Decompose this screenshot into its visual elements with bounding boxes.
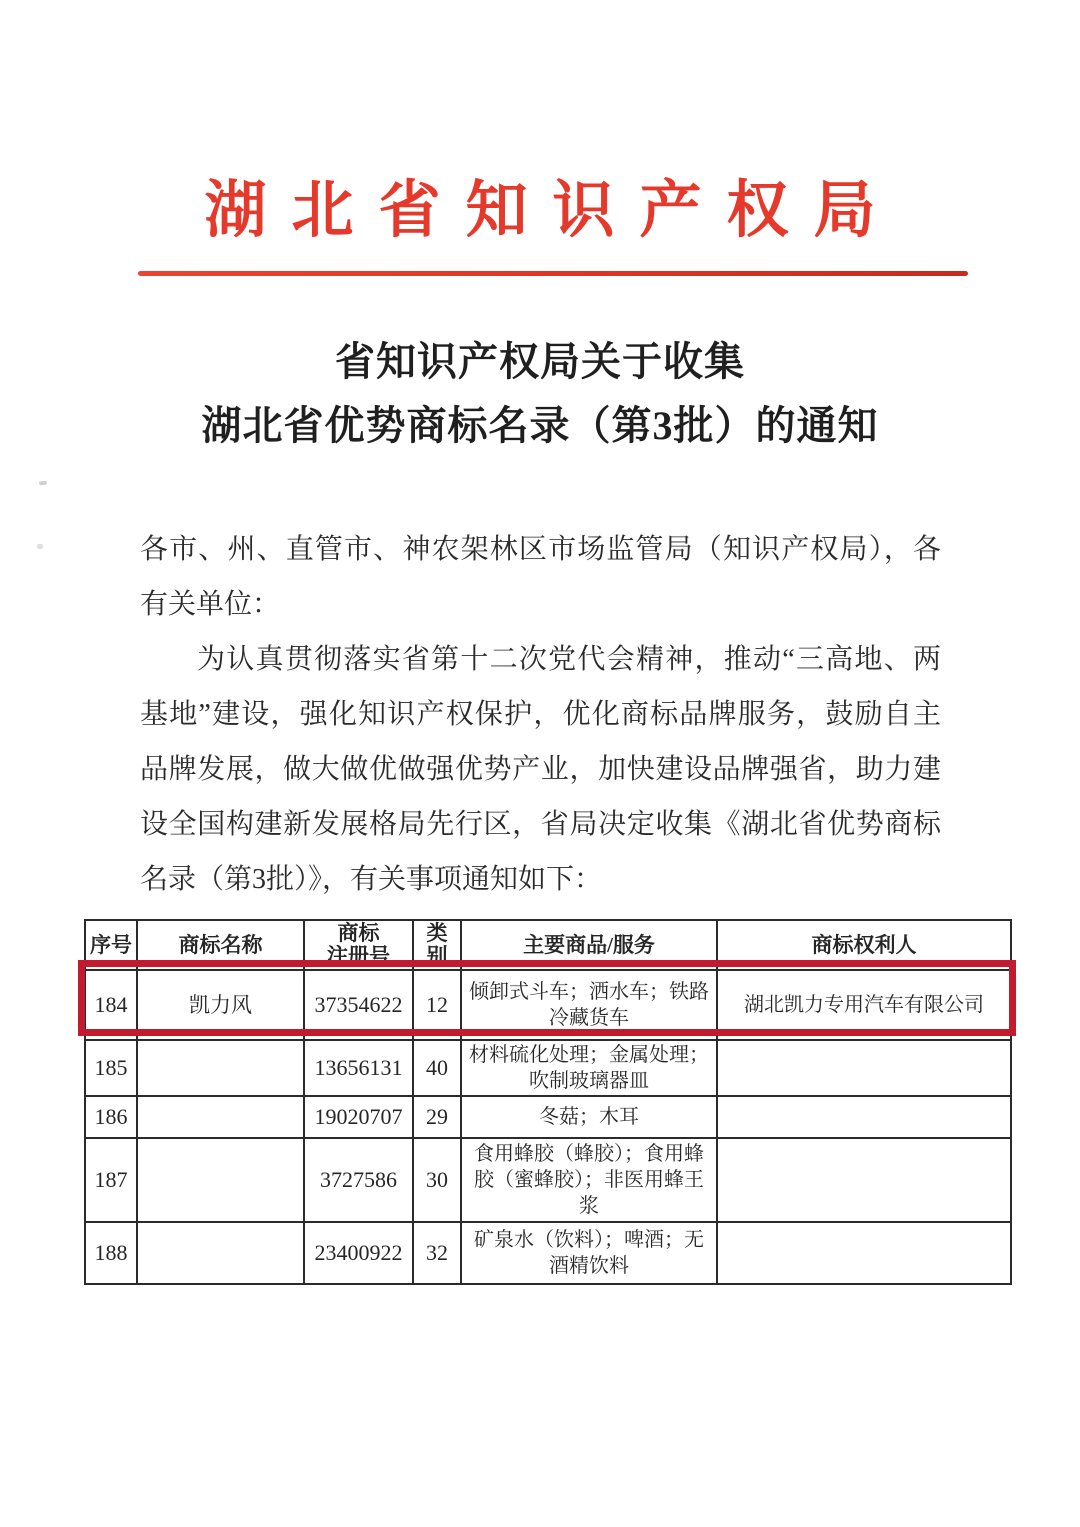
agency-letterhead-title: 湖北省知识产权局: [0, 176, 1080, 246]
cell-registration-number: 3727586: [304, 1138, 413, 1222]
cell-goods-services: 倾卸式斗车；洒水车；铁路冷藏货车: [461, 970, 717, 1040]
cell-serial-number: 185: [85, 1040, 137, 1096]
cell-registration-number: 37354622: [304, 970, 413, 1040]
table-header-row: 序号 商标名称 商标 注册号 类 别 主要商品/服务 商标权利人: [85, 920, 1011, 970]
body-line: 设全国构建新发展格局先行区，省局决定收集《湖北省优势商标: [140, 797, 941, 852]
body-line: 品牌发展，做大做优做强优势产业，加快建设品牌强省，助力建: [140, 742, 941, 797]
cell-goods-services: 材料硫化处理；金属处理；吹制玻璃器皿: [461, 1040, 717, 1096]
cell-goods-services: 矿泉水（饮料）；啤酒；无酒精饮料: [461, 1222, 717, 1284]
notice-title-line1: 省知识产权局关于收集: [0, 330, 1080, 394]
cell-trademark-name: 凯力风: [137, 970, 304, 1040]
cell-registration-number: 13656131: [304, 1040, 413, 1096]
notice-title-line2: 湖北省优势商标名录（第3批）的通知: [0, 394, 1080, 458]
table-row: 185 13656131 40 材料硫化处理；金属处理；吹制玻璃器皿: [85, 1040, 1011, 1096]
header-trademark-name: 商标名称: [137, 920, 304, 970]
table-row: 186 19020707 29 冬菇；木耳: [85, 1096, 1011, 1138]
cell-rights-holder: [717, 1138, 1011, 1222]
cell-serial-number: 186: [85, 1096, 137, 1138]
table-body: 184 凯力风 37354622 12 倾卸式斗车；洒水车；铁路冷藏货车 湖北凯…: [85, 970, 1011, 1284]
cell-serial-number: 188: [85, 1222, 137, 1284]
cell-goods-services: 冬菇；木耳: [461, 1096, 717, 1138]
cell-rights-holder: [717, 1040, 1011, 1096]
cell-trademark-name: [137, 1096, 304, 1138]
document-page: 湖北省知识产权局 省知识产权局关于收集 湖北省优势商标名录（第3批）的通知 各市…: [0, 0, 1080, 1527]
cell-trademark-name: [137, 1040, 304, 1096]
cell-serial-number: 184: [85, 970, 137, 1040]
trademark-table: 序号 商标名称 商标 注册号 类 别 主要商品/服务 商标权利人 184 凯力风…: [84, 919, 1010, 1285]
cell-trademark-name: [137, 1138, 304, 1222]
header-goods-services: 主要商品/服务: [461, 920, 717, 970]
cell-class: 29: [413, 1096, 461, 1138]
cell-trademark-name: [137, 1222, 304, 1284]
scan-artifact: [37, 544, 43, 549]
body-line: 有关单位：: [140, 577, 941, 632]
cell-class: 12: [413, 970, 461, 1040]
table-row: 187 3727586 30 食用蜂胶（蜂胶）；食用蜂胶（蜜蜂胶）；非医用蜂王浆: [85, 1138, 1011, 1222]
cell-serial-number: 187: [85, 1138, 137, 1222]
header-serial-number: 序号: [85, 920, 137, 970]
cell-class: 32: [413, 1222, 461, 1284]
cell-registration-number: 23400922: [304, 1222, 413, 1284]
table-row: 188 23400922 32 矿泉水（饮料）；啤酒；无酒精饮料: [85, 1222, 1011, 1284]
letterhead-rule: [138, 271, 968, 276]
body-line: 各市、州、直管市、神农架林区市场监管局（知识产权局），各: [140, 522, 941, 577]
header-registration-number: 商标 注册号: [304, 920, 413, 970]
cell-registration-number: 19020707: [304, 1096, 413, 1138]
body-line: 名录（第3批）》，有关事项通知如下：: [140, 852, 941, 907]
cell-rights-holder: [717, 1096, 1011, 1138]
header-class: 类 别: [413, 920, 461, 970]
cell-class: 40: [413, 1040, 461, 1096]
cell-rights-holder: 湖北凯力专用汽车有限公司: [717, 970, 1011, 1040]
body-line: 基地”建设，强化知识产权保护，优化商标品牌服务，鼓励自主: [140, 687, 941, 742]
body-text: 各市、州、直管市、神农架林区市场监管局（知识产权局），各有关单位：为认真贯彻落实…: [140, 522, 941, 907]
cell-goods-services: 食用蜂胶（蜂胶）；食用蜂胶（蜜蜂胶）；非医用蜂王浆: [461, 1138, 717, 1222]
notice-title: 省知识产权局关于收集 湖北省优势商标名录（第3批）的通知: [0, 330, 1080, 458]
cell-rights-holder: [717, 1222, 1011, 1284]
body-line: 为认真贯彻落实省第十二次党代会精神，推动“三高地、两: [140, 632, 941, 687]
table-row: 184 凯力风 37354622 12 倾卸式斗车；洒水车；铁路冷藏货车 湖北凯…: [85, 970, 1011, 1040]
cell-class: 30: [413, 1138, 461, 1222]
trademark-table-grid: 序号 商标名称 商标 注册号 类 别 主要商品/服务 商标权利人 184 凯力风…: [84, 919, 1012, 1285]
header-rights-holder: 商标权利人: [717, 920, 1011, 970]
scan-artifact: [39, 480, 47, 485]
